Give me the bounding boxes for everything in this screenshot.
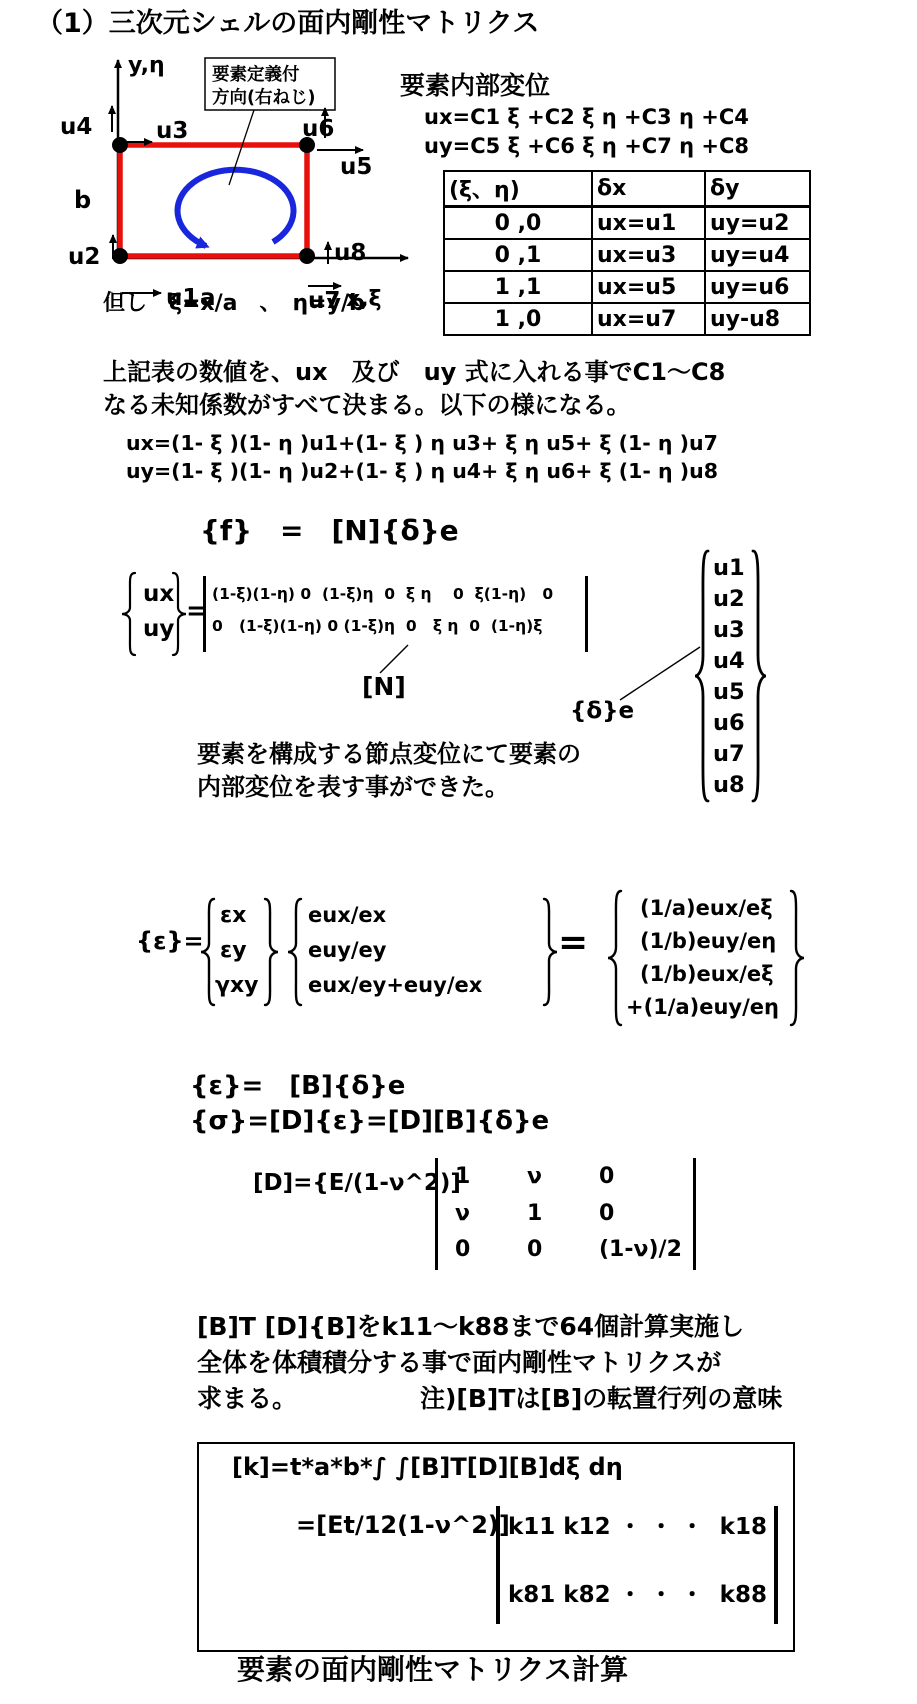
internal-displacement-heading: 要素内部変位 xyxy=(400,72,550,101)
table-header-row: (ξ、η) δx δy xyxy=(444,171,810,207)
node-dot-bottomleft xyxy=(112,248,128,264)
element-diagram: 要素定義付 方向(右ねじ) y,η x,ξ u4 u3 u6 u5 b u2 u… xyxy=(30,46,450,318)
node-dot-topleft xyxy=(112,137,128,153)
d-cell: 0 xyxy=(599,1201,614,1226)
node-label-u8: u8 xyxy=(334,240,366,266)
cell-dy: uy=u2 xyxy=(705,207,810,240)
n-matrix-row2: 0 (1-ξ)(1-η) 0 (1-ξ)η 0 ξ η 0 (1-η)ξ xyxy=(212,618,542,636)
strain-brace1-left xyxy=(201,898,215,1006)
vector-u4: u4 xyxy=(713,649,745,675)
cell-dx: ux=u5 xyxy=(592,271,705,303)
cell-dx: ux=u1 xyxy=(592,207,705,240)
k-matrix-bar-left xyxy=(496,1506,500,1624)
vector-u1: u1 xyxy=(713,556,745,582)
header-delta-y: δy xyxy=(705,171,810,207)
vector-brace-right xyxy=(752,550,766,802)
cell-dy: uy=u6 xyxy=(705,271,810,303)
cell-coord: 1 ,0 xyxy=(444,303,592,335)
k-integral-equation: [k]=t*a*b*∫ ∫[B]T[D][B]dξ dη xyxy=(232,1454,623,1482)
strain-result-2: (1/b)euy/eη xyxy=(640,929,776,953)
cell-dy: uy-u8 xyxy=(705,303,810,335)
vector-u5: u5 xyxy=(713,680,745,706)
vector-u8: u8 xyxy=(713,773,745,799)
stiffness-para3: 求まる。 xyxy=(197,1385,297,1414)
internal-eq-uy: uy=C5 ξ +C6 ξ η +C7 η +C8 xyxy=(424,134,749,158)
derivation-para1: 上記表の数値を、ux 及び uy 式に入れる事でC1～C8 xyxy=(103,359,725,387)
n-matrix-label: [N] xyxy=(362,673,406,702)
vector-u7: u7 xyxy=(713,742,745,768)
strain-brace3-right xyxy=(790,890,804,1026)
k-matrix-row-bottom: k81 k82 ・ ・ ・ k88 xyxy=(508,1582,767,1608)
strain-ex: εx xyxy=(220,903,246,928)
d-matrix-row: ν10 xyxy=(455,1201,614,1226)
strain-result-1: (1/a)eux/eξ xyxy=(640,896,773,920)
internal-eq-ux: ux=C1 ξ +C2 ξ η +C3 η +C4 xyxy=(424,105,749,129)
strain-brace2-right xyxy=(543,898,557,1006)
strain-brace2-left xyxy=(288,898,302,1006)
sigma-equation: {σ}=[D]{ε}=[D][B]{δ}e xyxy=(190,1107,549,1137)
strain-result-4: +(1/a)euy/eη xyxy=(626,995,779,1019)
d-cell: 1 xyxy=(527,1201,599,1226)
page-title: （1）三次元シェルの面内剛性マトリクス xyxy=(36,8,539,39)
d-cell: 0 xyxy=(455,1237,527,1262)
k-matrix-row-top: k11 k12 ・ ・ ・ k18 xyxy=(508,1514,767,1540)
lhs-ux: ux xyxy=(143,581,174,607)
table-row: 0 ,1 ux=u3 uy=u4 xyxy=(444,239,810,271)
matrix-bar-right xyxy=(585,576,588,652)
callout-line1: 要素定義付 xyxy=(212,64,300,85)
stiffness-para2: 全体を体積積分する事で面内剛性マトリクスが xyxy=(197,1349,721,1378)
derivation-eq-ux: ux=(1- ξ )(1- η )u1+(1- ξ ) η u3+ ξ η u5… xyxy=(126,432,718,456)
strain-result-3: (1/b)eux/eξ xyxy=(640,962,774,986)
d-cell: ν xyxy=(527,1164,599,1189)
n-matrix-row1: (1-ξ)(1-η) 0 (1-ξ)η 0 ξ η 0 ξ(1-η) 0 xyxy=(212,586,553,604)
stiffness-para1: [B]T [D]{B]をk11～k88まで64個計算実施し xyxy=(197,1313,744,1342)
strain-def-3: eux/ey+euy/ex xyxy=(308,973,482,997)
d-cell: 0 xyxy=(527,1237,599,1262)
node-label-u3: u3 xyxy=(156,118,188,144)
callout-line2: 方向(右ねじ) xyxy=(212,87,316,108)
node-label-u5: u5 xyxy=(340,154,372,180)
strain-brace3-left xyxy=(608,890,622,1026)
dim-label-b: b xyxy=(74,186,91,214)
d-cell: (1-ν)/2 xyxy=(599,1237,682,1262)
strain-ey: εy xyxy=(220,938,247,963)
cell-coord: 0 ,0 xyxy=(444,207,592,240)
cell-coord: 1 ,1 xyxy=(444,271,592,303)
vector-u6: u6 xyxy=(713,711,745,737)
table-row: 1 ,0 ux=u7 uy-u8 xyxy=(444,303,810,335)
strain-def-1: eux/ex xyxy=(308,903,386,927)
matrix-bar-left xyxy=(203,576,206,652)
shape-function-equation: {f} = [N]{δ}e xyxy=(200,515,459,547)
matrix-note1: 要素を構成する節点変位にて要素の xyxy=(197,741,581,769)
strain-equals: = xyxy=(558,922,588,963)
delta-pointer-line xyxy=(618,645,703,703)
matrix-note2: 内部変位を表す事ができた。 xyxy=(197,774,509,802)
b-matrix-equation: {ε}= [B]{δ}e xyxy=(190,1072,405,1102)
d-matrix-bar-left xyxy=(435,1158,438,1270)
brace-right xyxy=(172,572,186,656)
d-matrix-bar-right xyxy=(693,1158,696,1270)
d-cell: ν xyxy=(455,1201,527,1226)
d-cell: 0 xyxy=(599,1164,614,1189)
node-label-u4: u4 xyxy=(60,114,92,140)
node-label-u2: u2 xyxy=(68,244,100,270)
cell-dx: ux=u3 xyxy=(592,239,705,271)
d-cell: 1 xyxy=(455,1164,527,1189)
cell-dy: uy=u4 xyxy=(705,239,810,271)
delta-vector-label: {δ}e xyxy=(570,698,634,724)
rotation-arrow xyxy=(178,170,294,246)
d-matrix-row: 00(1-ν)/2 xyxy=(455,1237,682,1262)
y-axis-label: y,η xyxy=(128,53,165,78)
lhs-uy: uy xyxy=(143,616,174,642)
node-dot-bottomright xyxy=(299,248,315,264)
node-condition-table: (ξ、η) δx δy 0 ,0 ux=u1 uy=u2 0 ,1 ux=u3 … xyxy=(443,170,811,336)
derivation-eq-uy: uy=(1- ξ )(1- η )u2+(1- ξ ) η u4+ ξ η u6… xyxy=(126,460,718,484)
xi-eta-definition: 但し ξ=x/a 、 η=y/b xyxy=(103,291,365,316)
cell-coord: 0 ,1 xyxy=(444,239,592,271)
strain-brace1-right xyxy=(264,898,278,1006)
transpose-note: 注)[B]Tは[B]の転置行列の意味 xyxy=(420,1385,782,1414)
derivation-para2: なる未知係数がすべて決まる。以下の様になる。 xyxy=(103,392,631,420)
cell-dx: ux=u7 xyxy=(592,303,705,335)
vector-u3: u3 xyxy=(713,618,745,644)
strain-def-2: euy/ey xyxy=(308,938,386,962)
document-page: （1）三次元シェルの面内剛性マトリクス 要素定義付 方向(右ねじ) xyxy=(0,0,917,1704)
node-label-u6: u6 xyxy=(302,116,334,142)
d-matrix-lhs: [D]={E/(1-ν^2)] xyxy=(253,1170,461,1196)
figure-caption: 要素の面内剛性マトリクス計算 xyxy=(237,1654,628,1686)
d-matrix-row: 1ν0 xyxy=(455,1164,614,1189)
k-matrix-bar-right xyxy=(774,1506,778,1624)
header-delta-x: δx xyxy=(592,171,705,207)
brace-left xyxy=(122,572,136,656)
header-xi-eta: (ξ、η) xyxy=(444,171,592,207)
table-row: 0 ,0 ux=u1 uy=u2 xyxy=(444,207,810,240)
k-factor-equation: =[Et/12(1-ν^2)] xyxy=(296,1512,510,1540)
strain-lhs: {ε}= xyxy=(136,928,204,956)
strain-gxy: γxy xyxy=(215,973,259,998)
vector-u2: u2 xyxy=(713,587,745,613)
table-row: 1 ,1 ux=u5 uy=u6 xyxy=(444,271,810,303)
